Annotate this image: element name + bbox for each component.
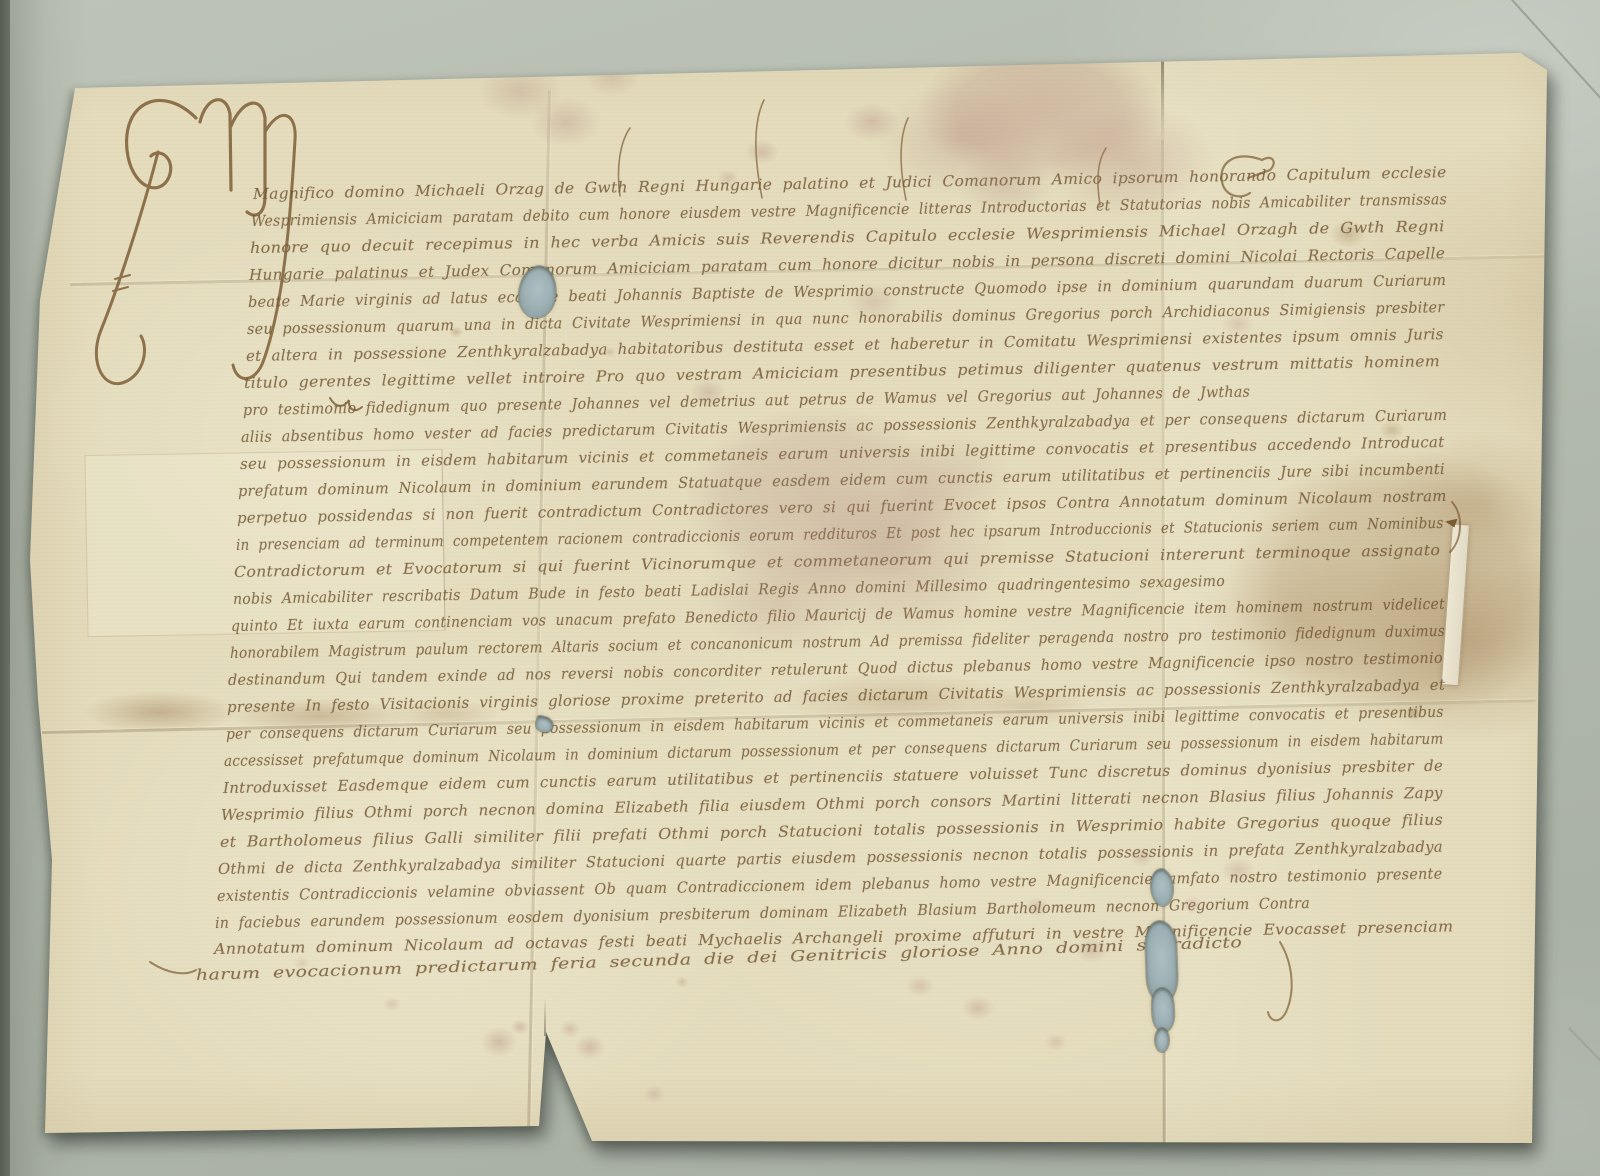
charter-photo: Magnifico domino Michaeli Orzag de Gwth … [0, 0, 1600, 1176]
ascender-strokes [618, 100, 1273, 205]
parchment-sheet: Magnifico domino Michaeli Orzag de Gwth … [0, 0, 1600, 1176]
ink-flourishes [0, 0, 1600, 1176]
parchment-shadow-wrap: Magnifico domino Michaeli Orzag de Gwth … [0, 0, 1600, 1176]
hole-fold-bottom [1155, 1028, 1169, 1052]
initial-flourish [96, 100, 362, 410]
margin-flourishes [150, 502, 1460, 1020]
crack-top-edge [1161, 44, 1164, 146]
crack-bottom-notch [544, 998, 546, 1036]
